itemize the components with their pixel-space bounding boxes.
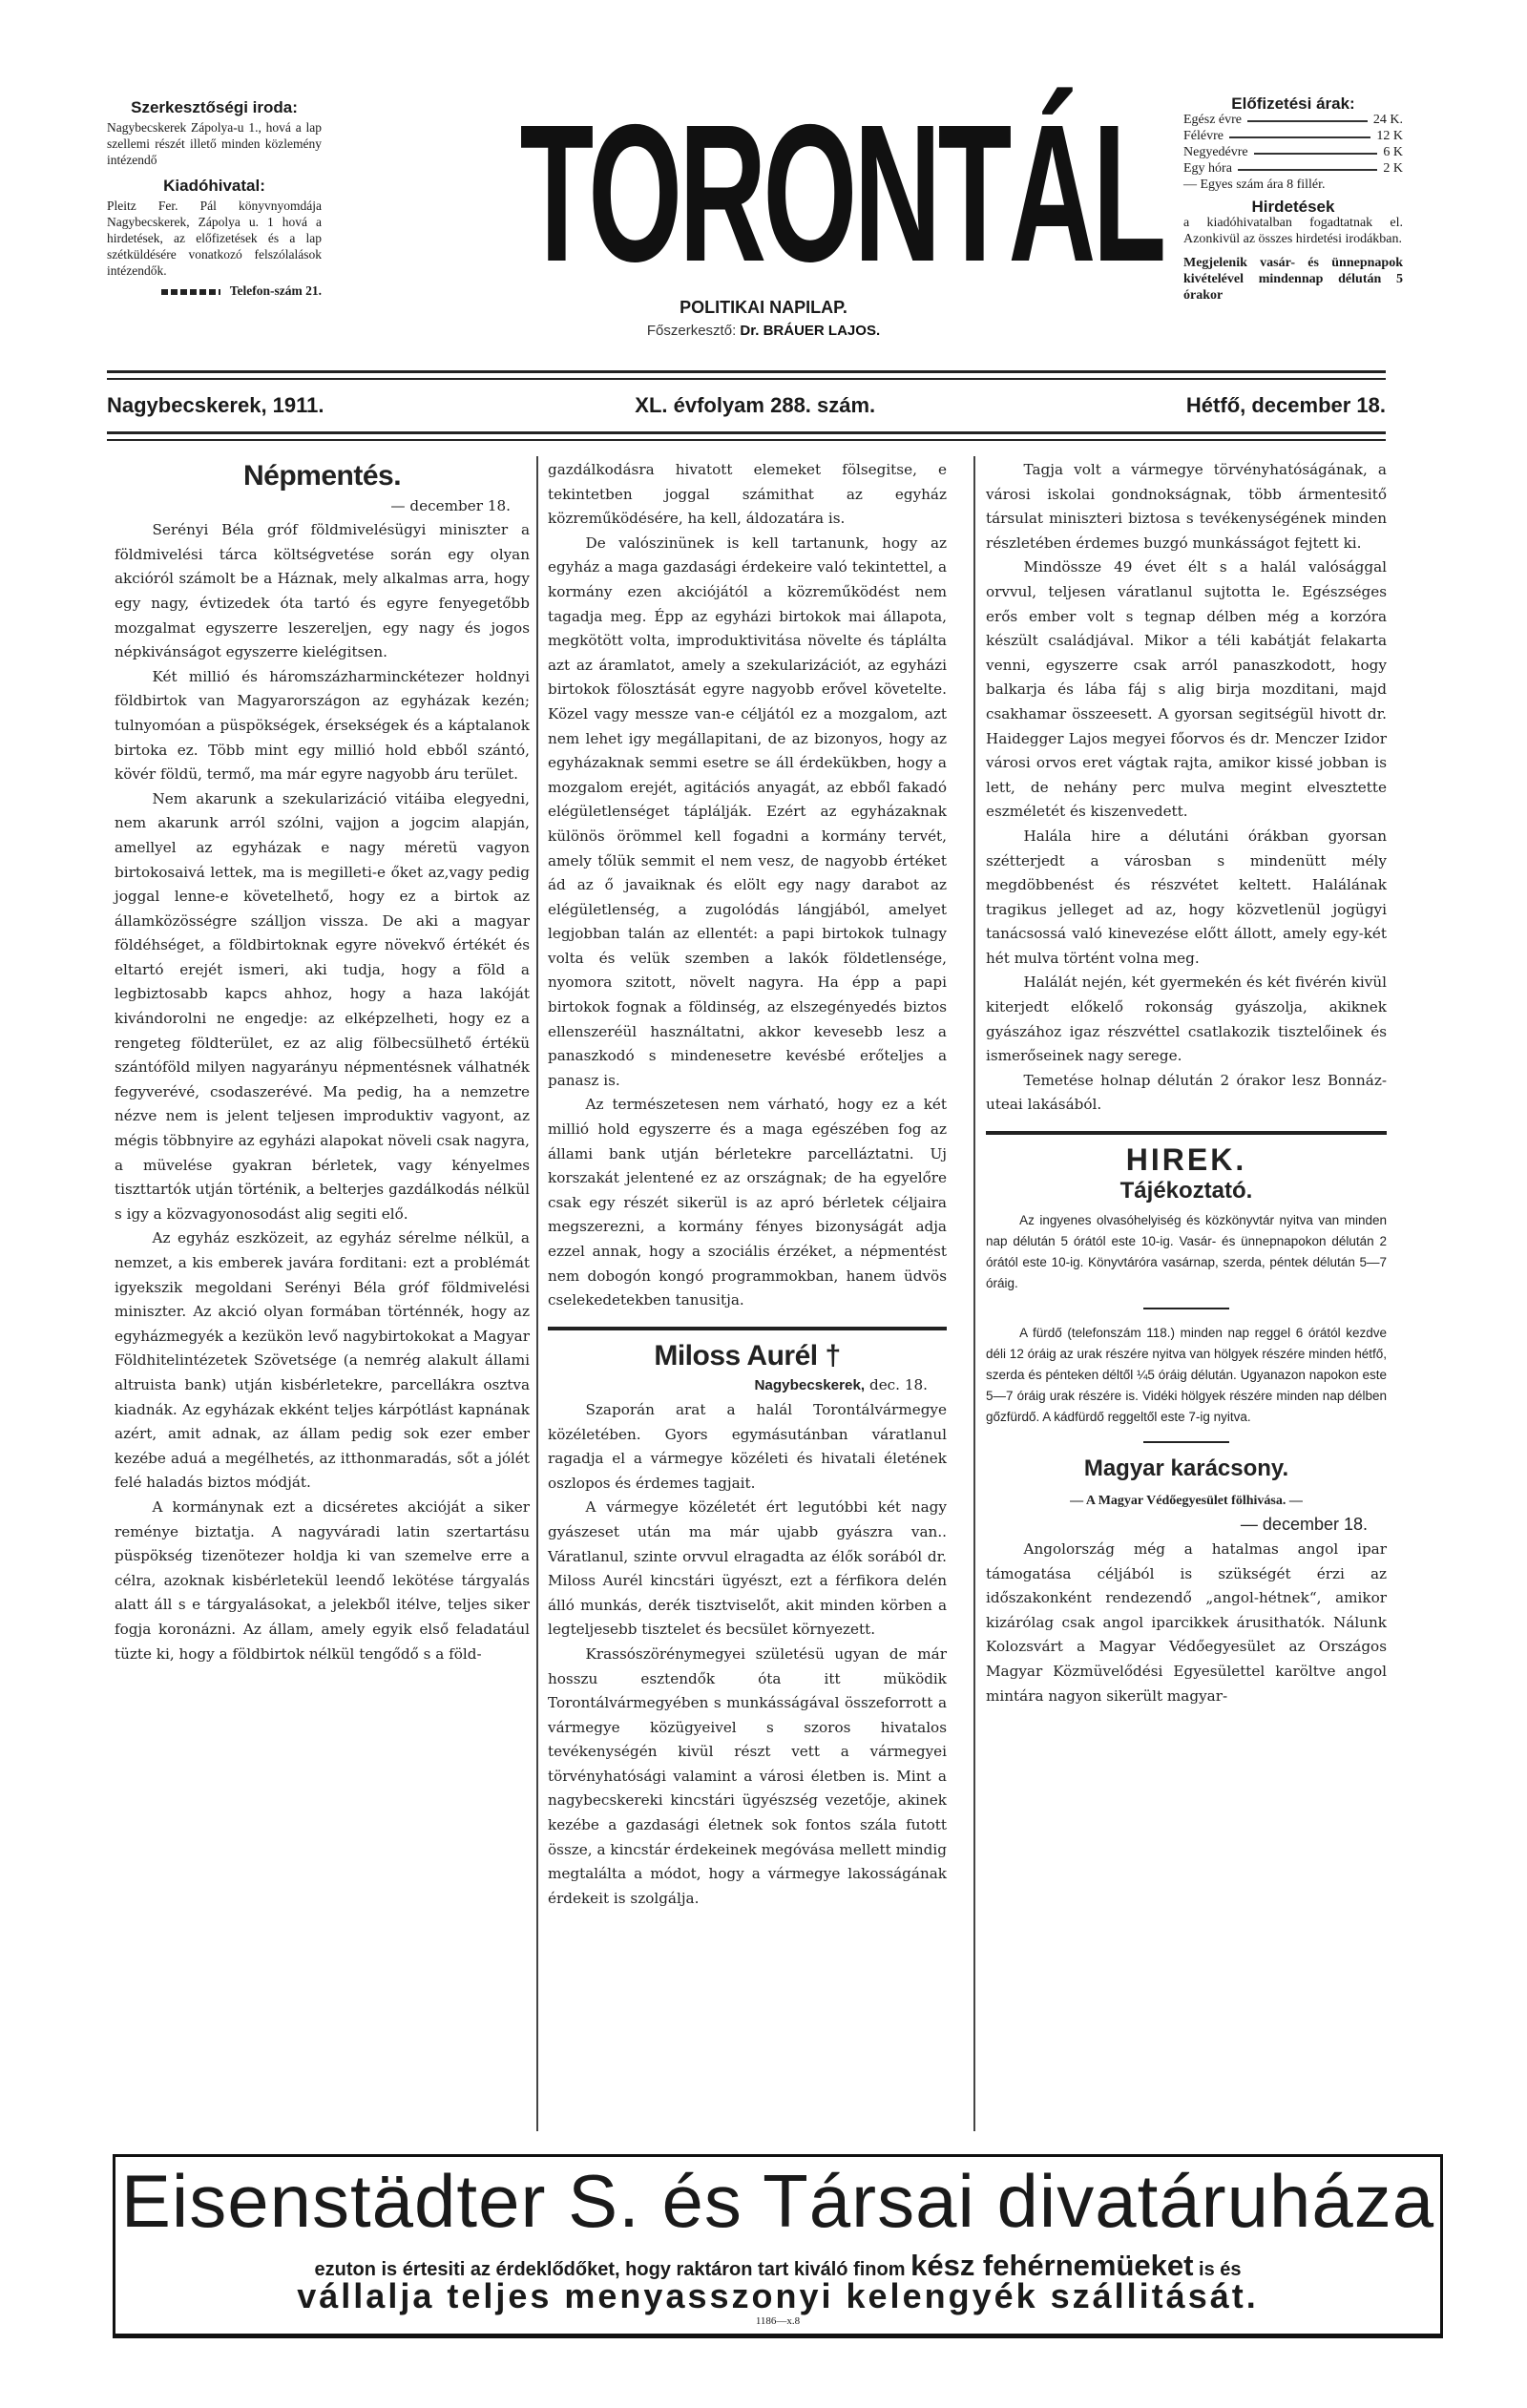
price-row: Egy hóra2 K <box>1183 160 1403 177</box>
article-title-nepmentes: Népmentés. <box>115 464 530 489</box>
price-label: Egész évre <box>1183 112 1242 128</box>
editor-label: Főszerkesztő: <box>647 323 736 339</box>
column-2: gazdálkodásra hivatott elemeket fölsegit… <box>548 458 947 1911</box>
article-date: — december 18. <box>115 494 511 519</box>
news-title-karacsony: Magyar karácsony. <box>986 1456 1387 1481</box>
news-subtitle: — A Magyar Védőegyesület fölhivása. — <box>986 1489 1387 1514</box>
news-title-tajekoztato: Tájékoztató. <box>986 1179 1387 1204</box>
editor-line: Főszerkesztő: Dr. BRÁUER LAJOS. <box>534 323 993 339</box>
newspaper-subtitle: POLITIKAI NAPILAP. <box>573 298 954 318</box>
publisher-office-heading: Kiadóhivatal: <box>107 178 322 194</box>
paragraph: Mindössze 49 évet élt s a halál valóságg… <box>986 555 1387 825</box>
editorial-office-heading: Szerkesztőségi iroda: <box>107 99 322 115</box>
ad-code: 1186—x.8 <box>115 2315 1440 2327</box>
cross-icon: † <box>825 1340 840 1372</box>
ad-line-2: vállalja teljes menyasszonyi kelengyék s… <box>115 2276 1440 2316</box>
article-separator <box>986 1131 1387 1135</box>
article-title-miloss: Miloss Aurél † <box>548 1344 947 1369</box>
paragraph: Szaporán arat a halál Torontálvármegye k… <box>548 1398 947 1496</box>
price-row: Félévre12 K <box>1183 128 1403 144</box>
paragraph: A fürdő (telefonszám 118.) minden nap re… <box>986 1323 1387 1428</box>
paragraph: Serényi Béla gróf földmivelésügyi minisz… <box>115 518 530 665</box>
article-date: — december 18. <box>986 1513 1368 1538</box>
paragraph: A vármegye közéletét ért legutóbbi két n… <box>548 1496 947 1643</box>
advertisements-heading: Hirdetések <box>1183 199 1403 215</box>
obituary-name: Miloss Aurél <box>654 1340 817 1372</box>
price-value: 24 K. <box>1373 112 1403 128</box>
advertisement-box: Eisenstädter S. és Társai divatáruháza e… <box>113 2154 1443 2338</box>
price-value: 12 K <box>1376 128 1403 144</box>
rule-top <box>107 370 1386 373</box>
paragraph: Halálát nején, két gyermekén és két fivé… <box>986 971 1387 1068</box>
masthead-left-info: Szerkesztőségi iroda: Nagybecskerek Zápo… <box>107 99 322 299</box>
paragraph: A kormánynak ezt a dicséretes akcióját a… <box>115 1496 530 1666</box>
paragraph: Az természetesen nem várható, hogy ez a … <box>548 1093 947 1312</box>
paragraph: Tagja volt a vármegye törvényhatóságának… <box>986 458 1387 555</box>
paragraph: Krassószörénymegyei születésü ugyan de m… <box>548 1643 947 1912</box>
paragraph: Két millió és háromszázharminckétezer ho… <box>115 665 530 787</box>
ad-title: Eisenstädter S. és Társai divatáruháza <box>115 2161 1440 2241</box>
dateline-date: Hétfő, december 18. <box>1186 393 1386 418</box>
newspaper-title: TORONTÁL <box>520 91 1017 296</box>
dateline: Nagybecskerek, 1911. XL. évfolyam 288. s… <box>107 393 1386 418</box>
rule-bottom-2 <box>107 439 1386 441</box>
advertisements-text: a kiadóhivatalban fogadtatnak el. Azonki… <box>1183 215 1403 247</box>
rule-top-2 <box>107 378 1386 380</box>
dateline-date: dec. 18. <box>869 1376 928 1393</box>
paragraph: Az ingyenes olvasóhelyiség és közkönyvtá… <box>986 1210 1387 1294</box>
publisher-office-text: Pleitz Fer. Pál könyvnyomdája Nagybecske… <box>107 198 322 279</box>
paragraph: Nem akarunk a szekularizáció vitáiba ele… <box>115 787 530 1227</box>
price-row: Egész évre24 K. <box>1183 112 1403 128</box>
article-separator <box>548 1327 947 1330</box>
paragraph: Az egyház eszközeit, az egyház sérelme n… <box>115 1226 530 1496</box>
publication-schedule: Megjelenik vasár- és ünnepnapok kivételé… <box>1183 255 1403 304</box>
column-3: Tagja volt a vármegye törvényhatóságának… <box>986 458 1387 1708</box>
price-value: 6 K <box>1383 144 1403 160</box>
column-1: Népmentés. — december 18. Serényi Béla g… <box>115 456 530 1666</box>
paragraph: gazdálkodásra hivatott elemeket fölsegit… <box>548 458 947 532</box>
price-label: Negyedévre <box>1183 144 1248 160</box>
dateline-place-year: Nagybecskerek, 1911. <box>107 393 324 418</box>
price-label: Félévre <box>1183 128 1224 144</box>
paragraph: De valószinünek is kell tartanunk, hogy … <box>548 532 947 1094</box>
rule-bottom <box>107 431 1386 434</box>
short-separator <box>1143 1441 1229 1443</box>
short-separator <box>1143 1308 1229 1309</box>
masthead-right-info: Előfizetési árak: Egész évre24 K. Félévr… <box>1183 95 1403 304</box>
single-issue-price: — Egyes szám ára 8 fillér. <box>1183 177 1403 193</box>
price-label: Egy hóra <box>1183 160 1232 177</box>
phone-number: Telefon-szám 21. <box>230 283 322 298</box>
news-section-title: HIREK. <box>986 1148 1387 1173</box>
news-body: Az ingyenes olvasóhelyiség és közkönyvtá… <box>986 1210 1387 1428</box>
column-divider <box>536 456 538 2131</box>
ornament-dots <box>161 289 220 295</box>
paragraph: Temetése holnap délután 2 órakor lesz Bo… <box>986 1069 1387 1118</box>
phone-line: Telefon-szám 21. <box>107 283 322 299</box>
dateline-volume: XL. évfolyam 288. szám. <box>635 393 875 418</box>
paragraph: Angolország még a hatalmas angol ipar tá… <box>986 1538 1387 1708</box>
subscription-prices-heading: Előfizetési árak: <box>1183 95 1403 112</box>
editorial-office-text: Nagybecskerek Zápolya-u 1., hová a lap s… <box>107 119 322 168</box>
dateline-place: Nagybecskerek, <box>754 1377 865 1393</box>
editor-name: Dr. BRÁUER LAJOS. <box>740 323 880 339</box>
price-row: Negyedévre6 K <box>1183 144 1403 160</box>
column-divider <box>973 456 975 2131</box>
price-value: 2 K <box>1383 160 1403 177</box>
paragraph: Halála hire a délutáni órákban gyorsan s… <box>986 825 1387 972</box>
article-dateline: Nagybecskerek, dec. 18. <box>548 1373 928 1398</box>
